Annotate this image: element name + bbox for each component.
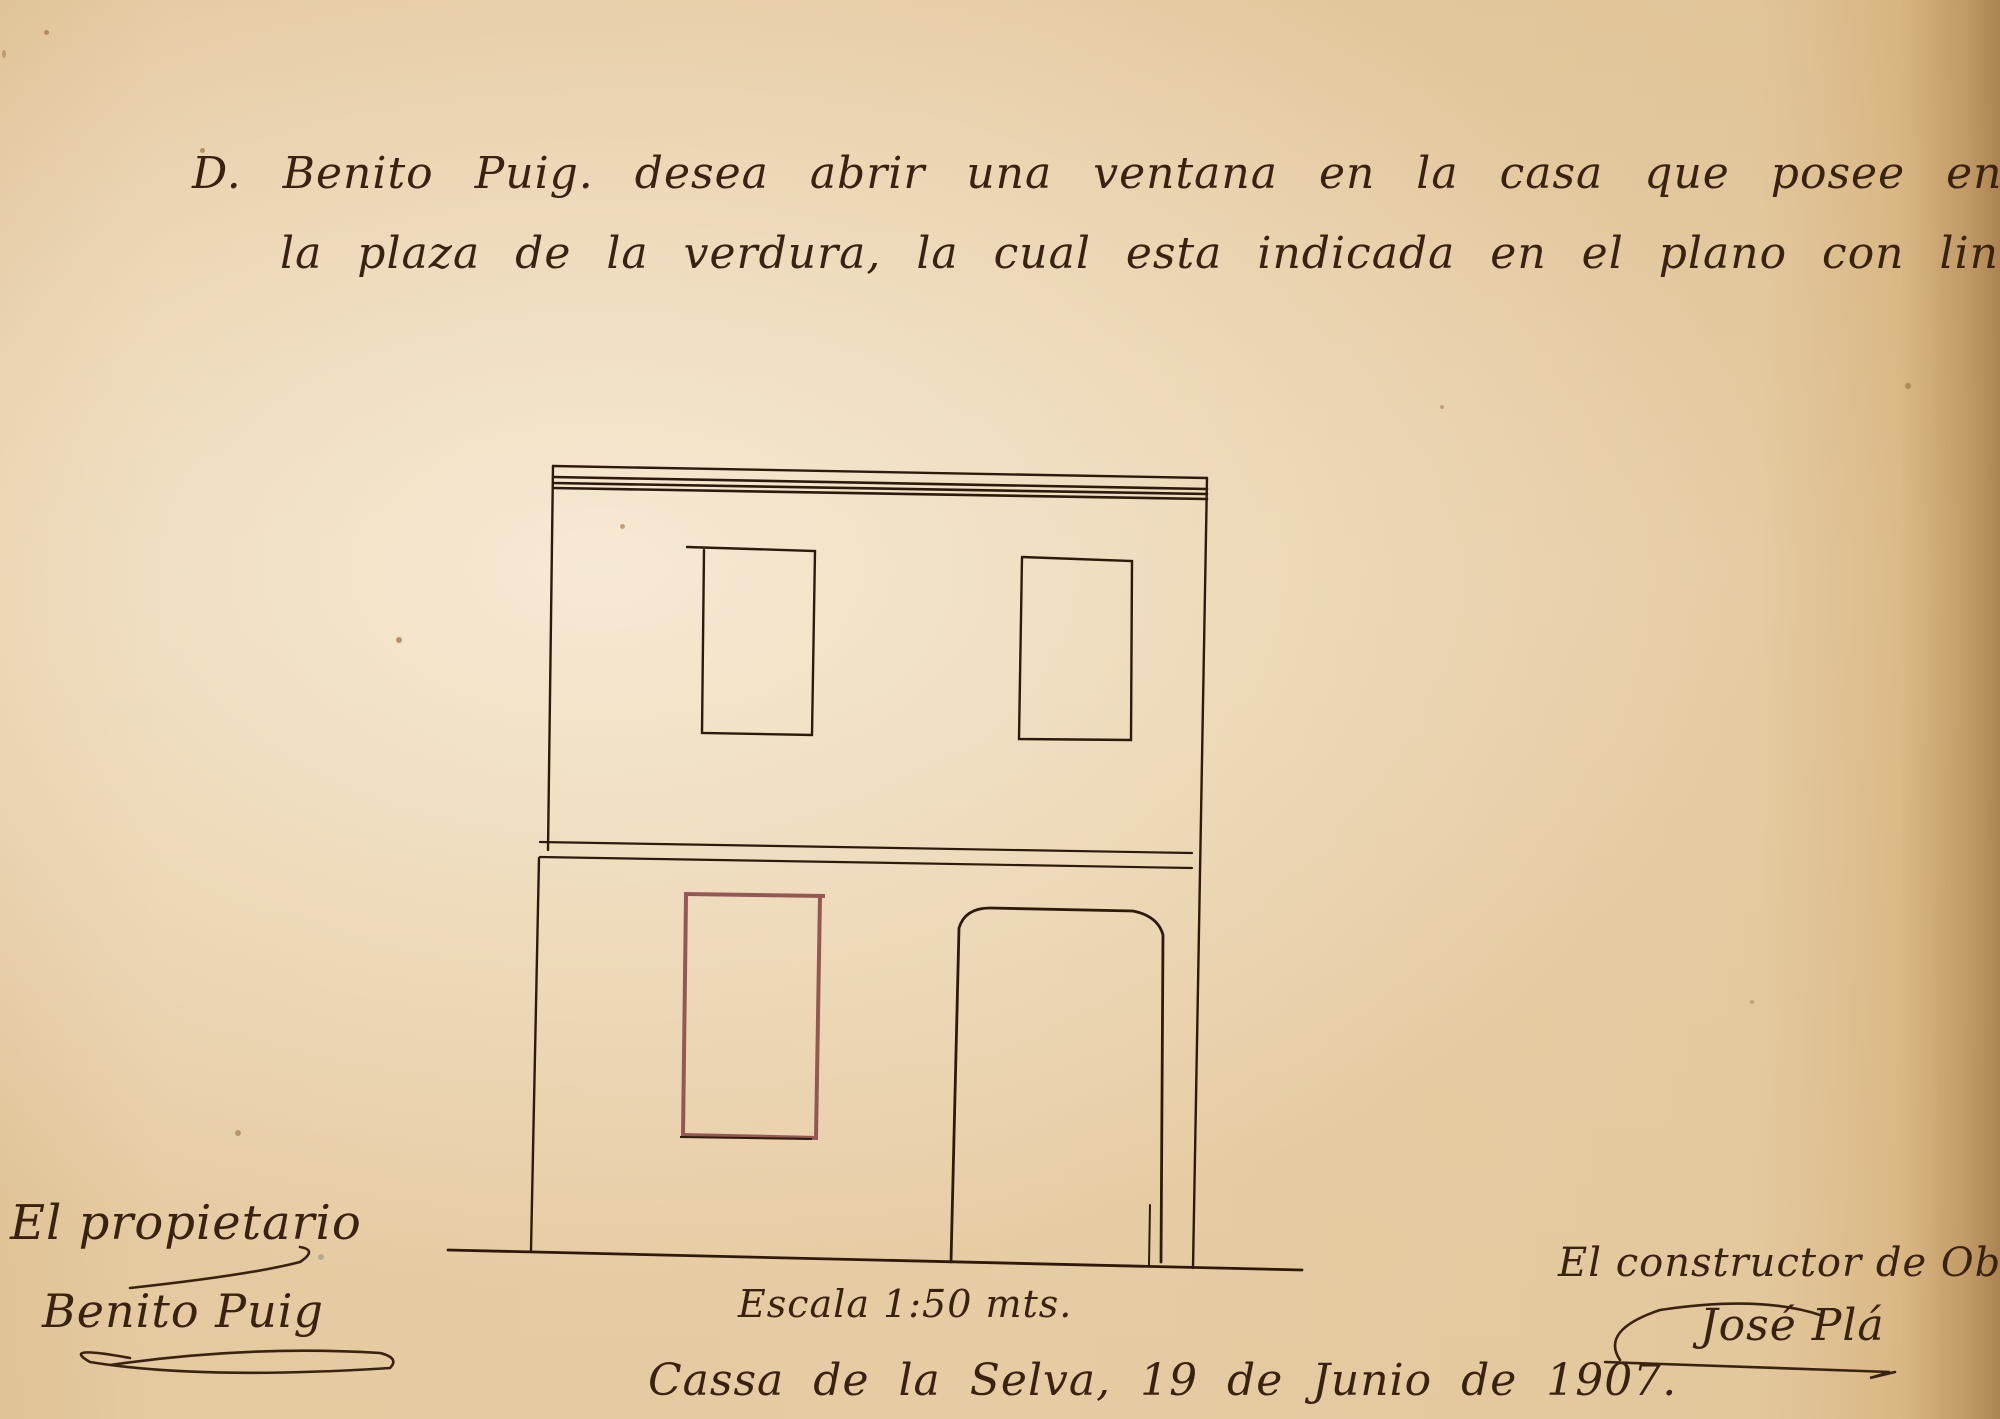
left-wall-upper (548, 466, 553, 850)
left-wall-lower (531, 858, 539, 1250)
ground-line (448, 1250, 1302, 1270)
builder-signature-name: José Plá (1700, 1300, 1885, 1351)
cornice (553, 466, 1207, 499)
door (951, 908, 1163, 1265)
builder-signature-title: El constructor de Obras (1558, 1240, 2000, 1286)
floor-band (540, 842, 1192, 868)
owner-signature-title: El propietario (10, 1195, 362, 1251)
upper-window-left (687, 547, 815, 735)
scale-label: Escala 1:50 mts. (738, 1282, 1072, 1326)
upper-window-right (1019, 557, 1132, 740)
place-date: Cassa de la Selva, 19 de Junio de 1907. (648, 1355, 1677, 1406)
owner-signature-name: Benito Puig (42, 1284, 324, 1338)
right-wall (1193, 478, 1207, 1268)
proposed-window-red (682, 894, 825, 1138)
